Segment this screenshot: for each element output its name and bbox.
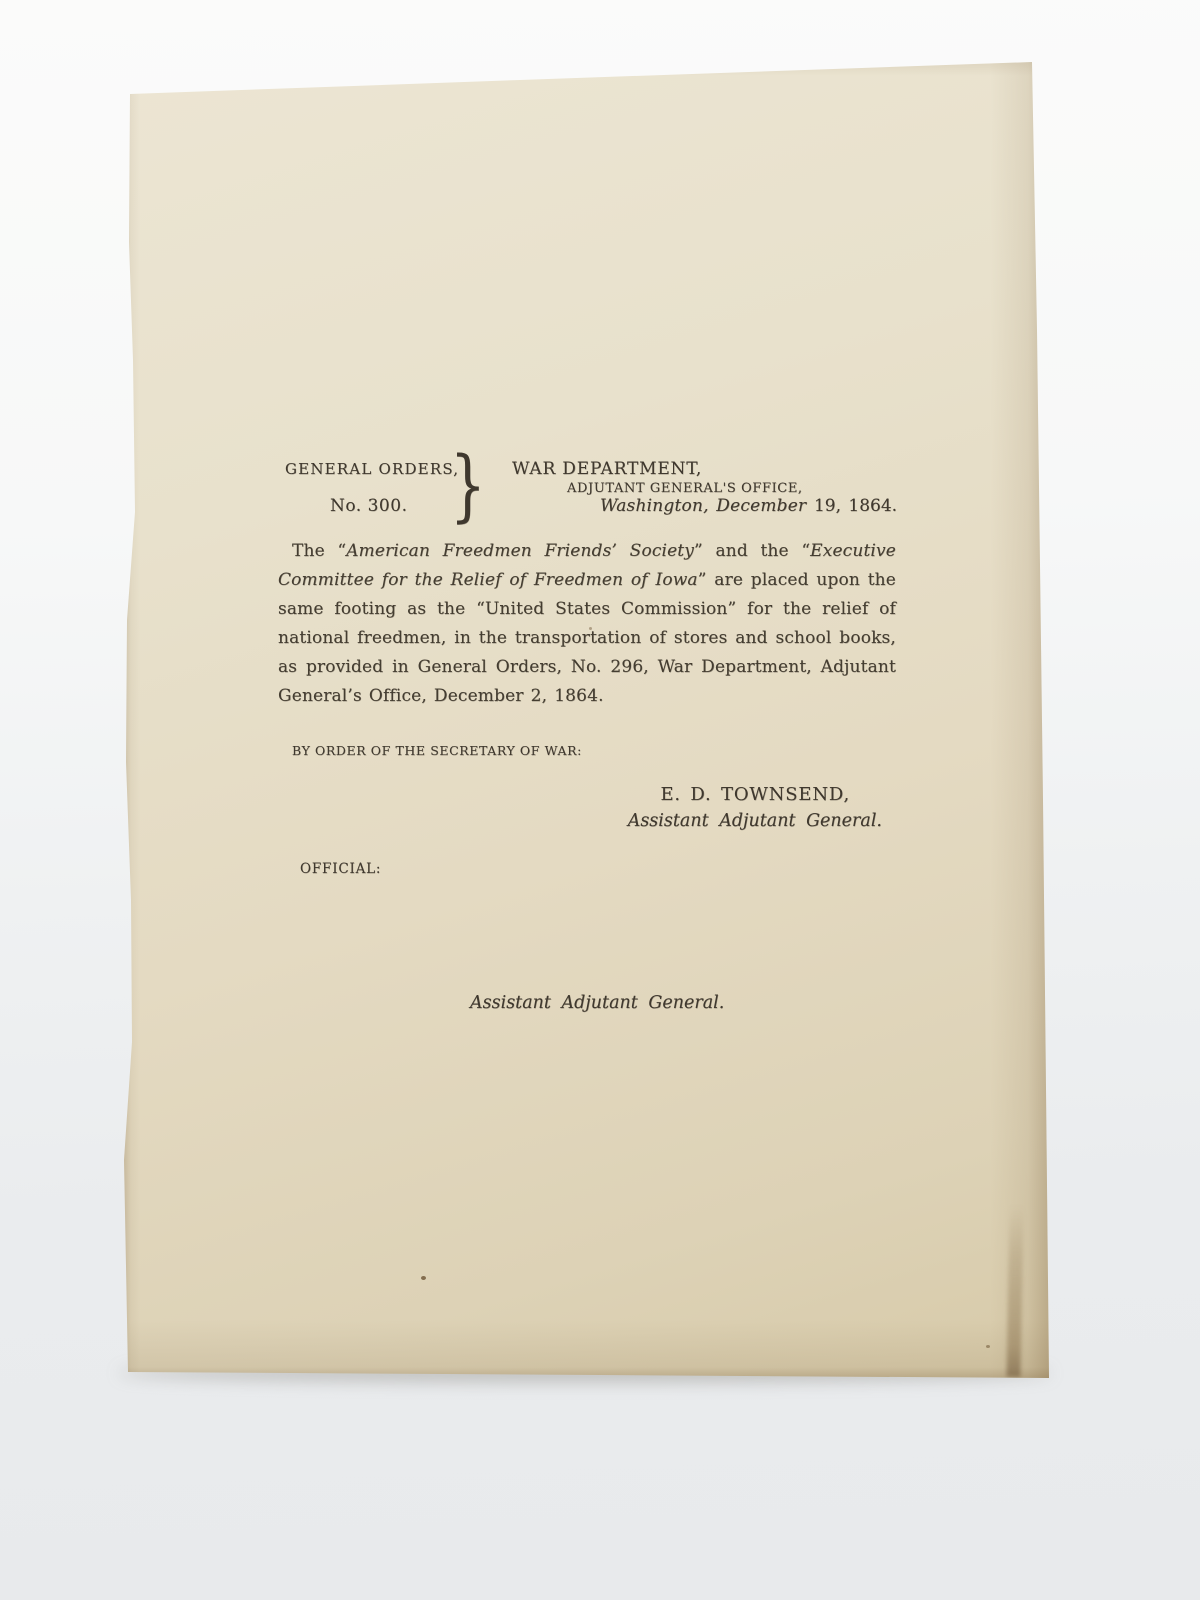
attestation-title: Assistant Adjutant General. [470, 993, 724, 1013]
war-department-line: WAR DEPARTMENT, [512, 459, 702, 479]
paragraph-line-6: General’s Office, December 2, 1864. [278, 682, 896, 711]
general-orders-label: GENERAL ORDERS, [285, 460, 459, 478]
dateline: Washington, December 19, 1864. [600, 496, 897, 516]
order-number: No. 300. [330, 496, 407, 516]
signature-title: Assistant Adjutant General. [540, 811, 882, 831]
photo-scene: GENERAL ORDERS, No. 300. } WAR DEPARTMEN… [0, 0, 1200, 1600]
brace-glyph: } [450, 447, 486, 525]
paragraph-line-2: Committee for the Relief of Freedmen of … [278, 566, 896, 595]
order-paragraph: The “American Freedmen Friends’ Society”… [278, 537, 896, 711]
signature-name: E. D. TOWNSEND, [560, 784, 850, 805]
adjutant-generals-office-line: ADJUTANT GENERAL'S OFFICE, [567, 481, 803, 496]
paragraph-line-1: The “American Freedmen Friends’ Society”… [278, 537, 896, 566]
by-order-line: BY ORDER OF THE SECRETARY OF WAR: [292, 743, 582, 758]
paragraph-line-3: same footing as the “United States Commi… [278, 595, 896, 624]
paragraph-line-5: as provided in General Orders, No. 296, … [278, 653, 896, 682]
official-label: OFFICIAL: [300, 861, 381, 877]
paragraph-line-4: national freedmen, in the transportation… [278, 624, 896, 653]
document-content: GENERAL ORDERS, No. 300. } WAR DEPARTMEN… [0, 0, 1200, 1600]
